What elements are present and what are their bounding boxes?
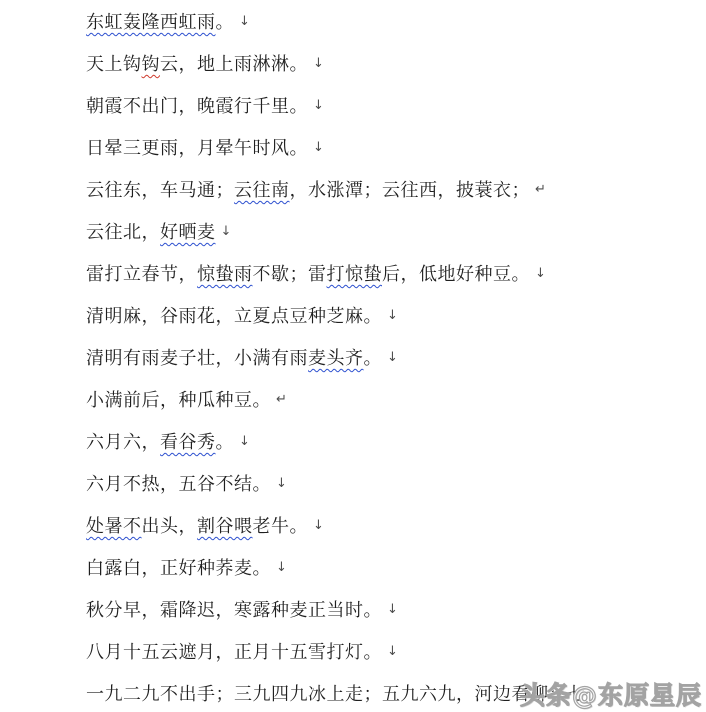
line-break-mark-icon: ↓ <box>276 476 287 491</box>
text-segment: 六月不热，五谷不结。 <box>86 470 271 496</box>
text-line[interactable]: 云往北，好晒麦↓ <box>86 210 706 252</box>
text-line[interactable]: 云往东，车马通；云往南，水涨潭；云往西，披蓑衣；↵ <box>86 168 706 210</box>
line-break-mark-icon: ↓ <box>387 602 398 617</box>
text-segment: 云，地上雨淋淋。 <box>160 50 308 76</box>
text-segment: 朝霞不出门，晚霞行千里。 <box>86 92 308 118</box>
text-segment: 清明麻，谷雨花，立夏点豆种芝麻。 <box>86 302 382 328</box>
text-segment: 小满前后，种瓜种豆。 <box>86 386 271 412</box>
text-segment: 不歇；雷 <box>253 260 327 286</box>
misspelled-segment: 好晒麦 <box>160 218 216 244</box>
text-segment: 六月六， <box>86 428 160 454</box>
text-segment: 。 <box>216 8 235 34</box>
text-line[interactable]: 六月不热，五谷不结。↓ <box>86 462 706 504</box>
text-segment: 清明有雨麦子壮，小满有雨 <box>86 344 308 370</box>
paragraph-mark-icon: ↵ <box>535 182 546 197</box>
line-break-mark-icon: ↓ <box>239 14 250 29</box>
text-segment: 老牛。 <box>253 512 309 538</box>
text-line[interactable]: 天上钩钩云，地上雨淋淋。↓ <box>86 42 706 84</box>
text-segment: 。 <box>216 428 235 454</box>
text-segment: 天上钩 <box>86 50 142 76</box>
misspelled-segment: 割谷喂 <box>197 512 253 538</box>
text-segment: 后，低地好种豆。 <box>382 260 530 286</box>
misspelled-segment: 东虹轰隆西虹雨 <box>86 8 216 34</box>
text-body: 东虹轰隆西虹雨。↓天上钩钩云，地上雨淋淋。↓朝霞不出门，晚霞行千里。↓日晕三更雨… <box>86 0 706 712</box>
text-line[interactable]: 东虹轰隆西虹雨。↓ <box>86 0 706 42</box>
line-break-mark-icon: ↓ <box>387 350 398 365</box>
document-page[interactable]: 东虹轰隆西虹雨。↓天上钩钩云，地上雨淋淋。↓朝霞不出门，晚霞行千里。↓日晕三更雨… <box>0 0 706 712</box>
text-segment: 白露白，正好种荞麦。 <box>86 554 271 580</box>
line-break-mark-icon: ↓ <box>221 224 232 239</box>
text-line[interactable]: 八月十五云遮月，正月十五雪打灯。↓ <box>86 630 706 672</box>
text-segment: 一九二九不出手；三九四九冰上走；五九六九，河边看柳；七 <box>86 680 586 706</box>
text-segment: 日晕三更雨，月晕午时风。 <box>86 134 308 160</box>
misspelled-segment: 打惊蛰 <box>327 260 383 286</box>
text-segment: 云往北， <box>86 218 160 244</box>
text-segment: 雷打立春节， <box>86 260 197 286</box>
text-segment: 。 <box>364 344 383 370</box>
misspelled-segment: 处暑不 <box>86 512 142 538</box>
misspelled-segment: 麦头齐 <box>308 344 364 370</box>
text-segment: 秋分早，霜降迟，寒露种麦正当时。 <box>86 596 382 622</box>
line-break-mark-icon: ↓ <box>387 308 398 323</box>
misspelled-segment: 云往南 <box>234 176 290 202</box>
line-break-mark-icon: ↓ <box>313 56 324 71</box>
paragraph-mark-icon: ↵ <box>276 392 287 407</box>
text-line[interactable]: 朝霞不出门，晚霞行千里。↓ <box>86 84 706 126</box>
text-line[interactable]: 处暑不出头，割谷喂老牛。↓ <box>86 504 706 546</box>
misspelled-segment: 钩 <box>142 50 161 76</box>
text-line[interactable]: 白露白，正好种荞麦。↓ <box>86 546 706 588</box>
text-segment: 出头， <box>142 512 198 538</box>
watermark: 头条@东原星辰 <box>520 676 702 712</box>
line-break-mark-icon: ↓ <box>313 98 324 113</box>
text-line[interactable]: 清明有雨麦子壮，小满有雨麦头齐。↓ <box>86 336 706 378</box>
text-line[interactable]: 秋分早，霜降迟，寒露种麦正当时。↓ <box>86 588 706 630</box>
text-line[interactable]: 清明麻，谷雨花，立夏点豆种芝麻。↓ <box>86 294 706 336</box>
text-line[interactable]: 雷打立春节，惊蛰雨不歇；雷打惊蛰后，低地好种豆。↓ <box>86 252 706 294</box>
misspelled-segment: 惊蛰雨 <box>197 260 253 286</box>
text-line[interactable]: 六月六，看谷秀。↓ <box>86 420 706 462</box>
line-break-mark-icon: ↓ <box>387 644 398 659</box>
text-segment: 八月十五云遮月，正月十五雪打灯。 <box>86 638 382 664</box>
text-segment: ，水涨潭；云往西，披蓑衣； <box>290 176 531 202</box>
line-break-mark-icon: ↓ <box>313 518 324 533</box>
text-segment: 云往东，车马通； <box>86 176 234 202</box>
misspelled-segment: 看谷秀 <box>160 428 216 454</box>
text-line[interactable]: 小满前后，种瓜种豆。↵ <box>86 378 706 420</box>
line-break-mark-icon: ↓ <box>313 140 324 155</box>
line-break-mark-icon: ↓ <box>535 266 546 281</box>
line-break-mark-icon: ↓ <box>276 560 287 575</box>
text-line[interactable]: 日晕三更雨，月晕午时风。↓ <box>86 126 706 168</box>
line-break-mark-icon: ↓ <box>239 434 250 449</box>
